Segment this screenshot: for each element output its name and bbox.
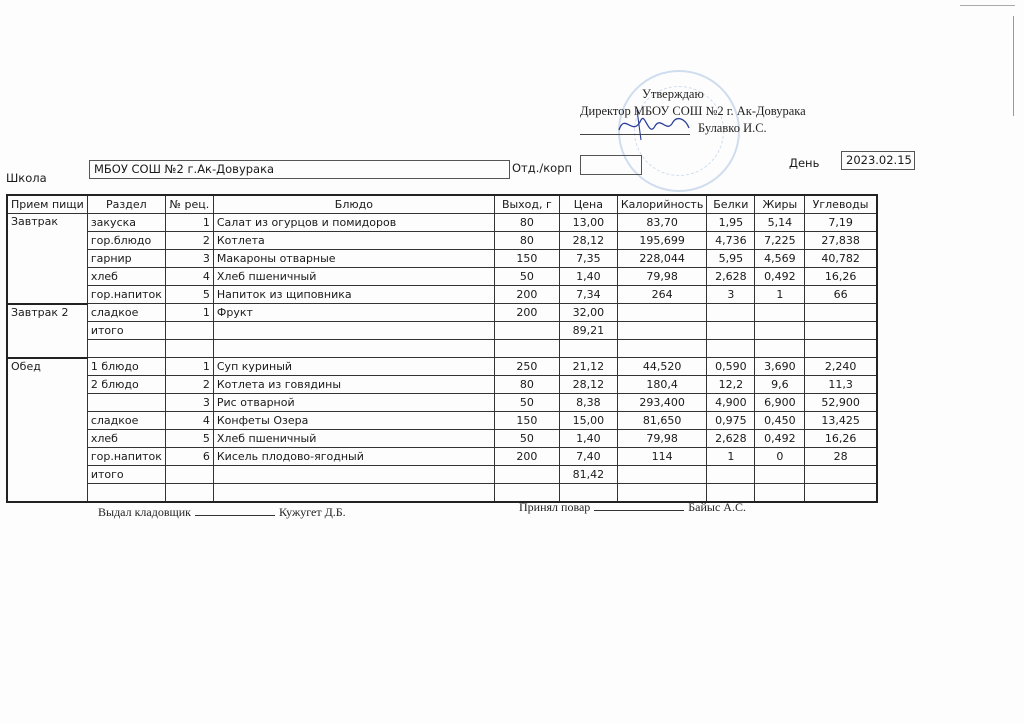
yield-cell: 200: [494, 286, 559, 304]
dish-cell: Напиток из щиповника: [213, 286, 494, 304]
dish-cell: Кисель плодово-ягодный: [213, 448, 494, 466]
carbs-cell: 7,19: [805, 214, 877, 232]
recipe-cell: 1: [165, 304, 213, 322]
calories-cell: 293,400: [617, 394, 706, 412]
signature-line: [580, 134, 690, 135]
protein-cell: [707, 340, 755, 358]
dish-cell: [213, 484, 494, 503]
carbs-cell: 2,240: [805, 358, 877, 376]
table-row: 2 блюдо2Котлета из говядины8028,12180,41…: [7, 376, 877, 394]
recipe-cell: 6: [165, 448, 213, 466]
col-fat: Жиры: [755, 195, 805, 214]
table-row: Завтракзакуска1Салат из огурцов и помидо…: [7, 214, 877, 232]
table-row: [7, 340, 877, 358]
table-row: гор.напиток6Кисель плодово-ягодный2007,4…: [7, 448, 877, 466]
table-row: итого89,21: [7, 322, 877, 340]
col-section: Раздел: [87, 195, 165, 214]
yield-cell: [494, 322, 559, 340]
carbs-cell: 16,26: [805, 430, 877, 448]
calories-cell: 83,70: [617, 214, 706, 232]
calories-cell: 79,98: [617, 268, 706, 286]
dish-cell: Хлеб пшеничный: [213, 430, 494, 448]
fat-cell: [755, 466, 805, 484]
dept-field: [580, 155, 642, 175]
fat-cell: 0: [755, 448, 805, 466]
calories-cell: [617, 322, 706, 340]
yield-cell: 50: [494, 430, 559, 448]
fat-cell: 5,14: [755, 214, 805, 232]
carbs-cell: [805, 322, 877, 340]
scan-edge: [1013, 16, 1014, 116]
recipe-cell: [165, 466, 213, 484]
fat-cell: 4,569: [755, 250, 805, 268]
section-cell: [87, 340, 165, 358]
price-cell: 89,21: [559, 322, 617, 340]
table-row: Завтрак 2сладкое1Фрукт20032,00: [7, 304, 877, 322]
price-cell: 1,40: [559, 268, 617, 286]
yield-cell: 200: [494, 304, 559, 322]
meal-cell: Завтрак 2: [7, 304, 87, 358]
calories-cell: [617, 340, 706, 358]
price-cell: 81,42: [559, 466, 617, 484]
col-calories: Калорийность: [617, 195, 706, 214]
carbs-cell: 66: [805, 286, 877, 304]
protein-cell: 1,95: [707, 214, 755, 232]
received-name: Байыс А.С.: [688, 500, 746, 514]
calories-cell: 264: [617, 286, 706, 304]
issued-name: Кужугет Д.Б.: [279, 505, 346, 519]
school-field: МБОУ СОШ №2 г.Ак-Довурака: [89, 160, 510, 179]
dish-cell: [213, 466, 494, 484]
scan-edge: [960, 5, 1015, 6]
section-cell: гор.напиток: [87, 448, 165, 466]
approval-title: Утверждаю: [580, 86, 840, 103]
table-row: гор.блюдо2Котлета8028,12195,6994,7367,22…: [7, 232, 877, 250]
protein-cell: [707, 322, 755, 340]
protein-cell: 1: [707, 448, 755, 466]
section-cell: 2 блюдо: [87, 376, 165, 394]
fat-cell: 3,690: [755, 358, 805, 376]
price-cell: 28,12: [559, 376, 617, 394]
recipe-cell: 5: [165, 430, 213, 448]
price-cell: 7,35: [559, 250, 617, 268]
carbs-cell: 28: [805, 448, 877, 466]
table-row: итого81,42: [7, 466, 877, 484]
fat-cell: 0,492: [755, 268, 805, 286]
recipe-cell: 2: [165, 232, 213, 250]
yield-cell: 150: [494, 412, 559, 430]
protein-cell: 12,2: [707, 376, 755, 394]
section-cell: хлеб: [87, 268, 165, 286]
meal-cell: Завтрак: [7, 214, 87, 304]
carbs-cell: 11,3: [805, 376, 877, 394]
dish-cell: Котлета: [213, 232, 494, 250]
dish-cell: [213, 340, 494, 358]
section-cell: сладкое: [87, 412, 165, 430]
dish-cell: Рис отварной: [213, 394, 494, 412]
calories-cell: 228,044: [617, 250, 706, 268]
calories-cell: 180,4: [617, 376, 706, 394]
recipe-cell: 4: [165, 412, 213, 430]
col-price: Цена: [559, 195, 617, 214]
section-cell: сладкое: [87, 304, 165, 322]
col-yield: Выход, г: [494, 195, 559, 214]
protein-cell: 4,900: [707, 394, 755, 412]
recipe-cell: [165, 340, 213, 358]
price-cell: [559, 340, 617, 358]
col-carbs: Углеводы: [805, 195, 877, 214]
table-row: 3Рис отварной508,38293,4004,9006,90052,9…: [7, 394, 877, 412]
table-row: [7, 484, 877, 503]
section-cell: [87, 394, 165, 412]
carbs-cell: 40,782: [805, 250, 877, 268]
recipe-cell: 2: [165, 376, 213, 394]
dish-cell: Салат из огурцов и помидоров: [213, 214, 494, 232]
table-header-row: Прием пищи Раздел № рец. Блюдо Выход, г …: [7, 195, 877, 214]
price-cell: 21,12: [559, 358, 617, 376]
table-row: хлеб4Хлеб пшеничный501,4079,982,6280,492…: [7, 268, 877, 286]
recipe-cell: [165, 322, 213, 340]
section-cell: [87, 484, 165, 503]
price-cell: 1,40: [559, 430, 617, 448]
dish-cell: Фрукт: [213, 304, 494, 322]
menu-table: Прием пищи Раздел № рец. Блюдо Выход, г …: [6, 194, 878, 503]
calories-cell: 114: [617, 448, 706, 466]
dept-label: Отд./корп: [512, 161, 572, 175]
section-cell: итого: [87, 466, 165, 484]
yield-cell: 200: [494, 448, 559, 466]
fat-cell: 0,450: [755, 412, 805, 430]
protein-cell: 4,736: [707, 232, 755, 250]
calories-cell: 44,520: [617, 358, 706, 376]
dish-cell: Макароны отварные: [213, 250, 494, 268]
issued-label: Выдал кладовщик: [98, 505, 191, 519]
price-cell: 32,00: [559, 304, 617, 322]
section-cell: гор.блюдо: [87, 232, 165, 250]
protein-cell: [707, 466, 755, 484]
protein-cell: 2,628: [707, 430, 755, 448]
protein-cell: 2,628: [707, 268, 755, 286]
protein-cell: [707, 304, 755, 322]
day-field: 2023.02.15: [841, 151, 915, 170]
yield-cell: 50: [494, 268, 559, 286]
table-row: хлеб5Хлеб пшеничный501,4079,982,6280,492…: [7, 430, 877, 448]
calories-cell: [617, 466, 706, 484]
carbs-cell: 27,838: [805, 232, 877, 250]
dish-cell: Суп куриный: [213, 358, 494, 376]
carbs-cell: 16,26: [805, 268, 877, 286]
calories-cell: 195,699: [617, 232, 706, 250]
meal-cell: Обед: [7, 358, 87, 503]
table-row: гарнир3Макароны отварные1507,35228,0445,…: [7, 250, 877, 268]
yield-cell: 80: [494, 232, 559, 250]
section-cell: гор.напиток: [87, 286, 165, 304]
col-dish: Блюдо: [213, 195, 494, 214]
protein-cell: 0,975: [707, 412, 755, 430]
section-cell: закуска: [87, 214, 165, 232]
yield-cell: 80: [494, 214, 559, 232]
yield-cell: [494, 340, 559, 358]
recipe-cell: 4: [165, 268, 213, 286]
fat-cell: [755, 322, 805, 340]
recipe-cell: [165, 484, 213, 503]
calories-cell: 81,650: [617, 412, 706, 430]
yield-cell: 50: [494, 394, 559, 412]
issued-by: Выдал кладовщикКужугет Д.Б.: [98, 505, 346, 520]
dish-cell: Котлета из говядины: [213, 376, 494, 394]
school-label: Школа: [6, 171, 47, 185]
carbs-cell: [805, 340, 877, 358]
fat-cell: 6,900: [755, 394, 805, 412]
col-meal: Прием пищи: [7, 195, 87, 214]
yield-cell: 250: [494, 358, 559, 376]
received-by: Принял поварБайыс А.С.: [519, 500, 746, 515]
recipe-cell: 1: [165, 358, 213, 376]
dish-cell: Конфеты Озера: [213, 412, 494, 430]
fat-cell: 1: [755, 286, 805, 304]
section-cell: гарнир: [87, 250, 165, 268]
approval-block: Утверждаю Директор МБОУ СОШ №2 г. Ак-Дов…: [580, 86, 840, 137]
price-cell: 7,40: [559, 448, 617, 466]
fat-cell: [755, 484, 805, 503]
day-label: День: [789, 156, 819, 170]
recipe-cell: 3: [165, 250, 213, 268]
carbs-cell: [805, 484, 877, 503]
carbs-cell: [805, 304, 877, 322]
fat-cell: 9,6: [755, 376, 805, 394]
recipe-cell: 5: [165, 286, 213, 304]
carbs-cell: [805, 466, 877, 484]
fat-cell: 0,492: [755, 430, 805, 448]
yield-cell: 150: [494, 250, 559, 268]
protein-cell: 3: [707, 286, 755, 304]
dish-cell: Хлеб пшеничный: [213, 268, 494, 286]
price-cell: 15,00: [559, 412, 617, 430]
price-cell: 7,34: [559, 286, 617, 304]
protein-cell: 5,95: [707, 250, 755, 268]
calories-cell: [617, 304, 706, 322]
received-label: Принял повар: [519, 500, 590, 514]
recipe-cell: 3: [165, 394, 213, 412]
table-row: Обед1 блюдо1Суп куриный25021,1244,5200,5…: [7, 358, 877, 376]
yield-cell: 80: [494, 376, 559, 394]
carbs-cell: 13,425: [805, 412, 877, 430]
signature-blank: [195, 515, 275, 516]
table-row: сладкое4 Конфеты Озера15015,0081,6500,97…: [7, 412, 877, 430]
price-cell: 8,38: [559, 394, 617, 412]
signature-blank: [594, 510, 684, 511]
carbs-cell: 52,900: [805, 394, 877, 412]
yield-cell: [494, 466, 559, 484]
fat-cell: [755, 304, 805, 322]
approval-position: Директор МБОУ СОШ №2 г. Ак-Довурака: [580, 103, 840, 120]
col-recipe: № рец.: [165, 195, 213, 214]
dish-cell: [213, 322, 494, 340]
price-cell: 28,12: [559, 232, 617, 250]
fat-cell: [755, 340, 805, 358]
calories-cell: 79,98: [617, 430, 706, 448]
section-cell: 1 блюдо: [87, 358, 165, 376]
table-row: гор.напиток5Напиток из щиповника2007,342…: [7, 286, 877, 304]
section-cell: хлеб: [87, 430, 165, 448]
protein-cell: 0,590: [707, 358, 755, 376]
col-protein: Белки: [707, 195, 755, 214]
recipe-cell: 1: [165, 214, 213, 232]
fat-cell: 7,225: [755, 232, 805, 250]
price-cell: 13,00: [559, 214, 617, 232]
section-cell: итого: [87, 322, 165, 340]
